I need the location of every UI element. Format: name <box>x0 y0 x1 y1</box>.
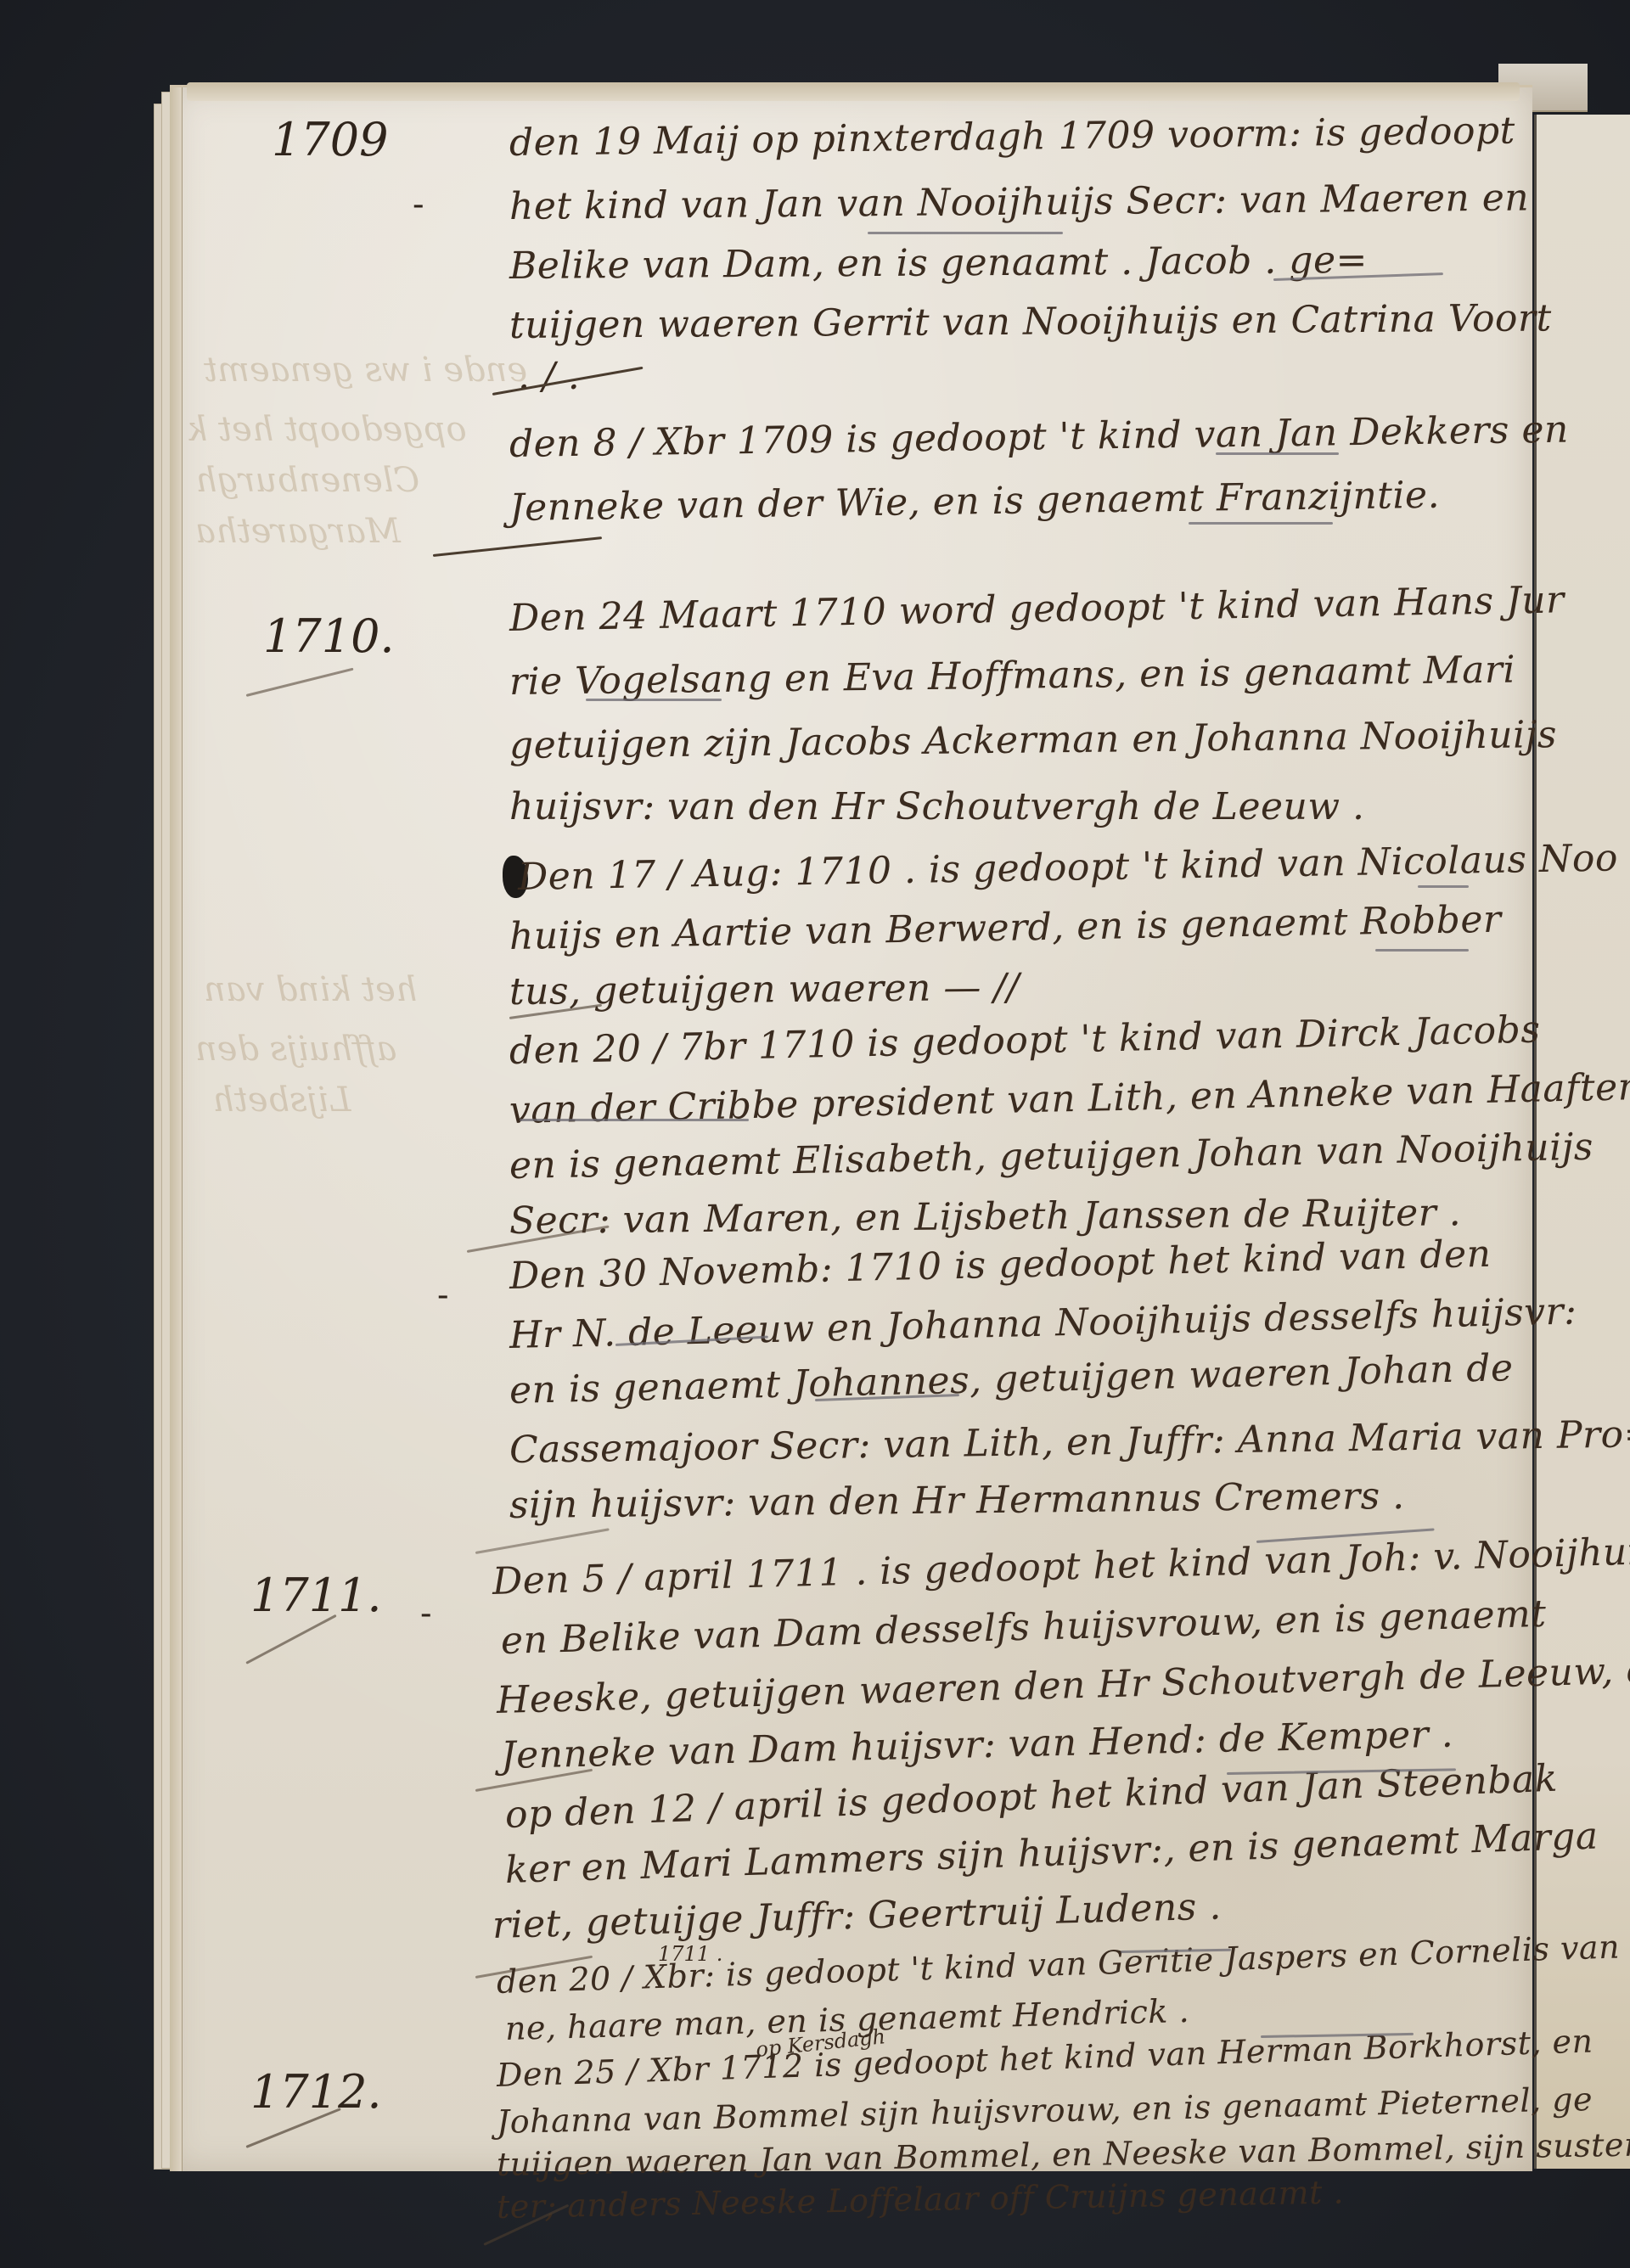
entry-line: en is genaemt Elisabeth, getuijgen Johan… <box>509 1126 1594 1187</box>
margin-year-stroke <box>246 668 354 697</box>
bleed-through-text: affhuijs den <box>195 1030 396 1069</box>
entry-line: huijsvr: van den Hr Schoutvergh de Leeuw… <box>509 785 1365 828</box>
torn-top-edge <box>187 82 1520 101</box>
entry-line: Secr: van Maren, en Lijsbeth Janssen de … <box>509 1191 1462 1243</box>
entry-line: den 19 Maij op pinxterdagh 1709 voorm: i… <box>509 109 1515 165</box>
entry-line: en is genaemt Johannes, getuijgen waeren… <box>509 1346 1514 1412</box>
name-underline <box>586 699 722 701</box>
page-left-edge <box>170 87 183 2171</box>
entry-line: den 8 / Xbr 1709 is gedoopt 't kind van … <box>509 408 1569 466</box>
bleed-through-text: ende i ws genaemt <box>204 351 527 390</box>
entry-line: getuijgen zijn Jacobs Ackerman en Johann… <box>509 713 1557 767</box>
entry-separator <box>433 536 602 557</box>
bleed-through-text: Margaretha <box>195 512 401 551</box>
name-underline <box>520 1119 749 1121</box>
entry-line: Den 24 Maart 1710 word gedoopt 't kind v… <box>509 578 1565 640</box>
entry-line: Belike van Dam, en is genaamt . Jacob . … <box>509 239 1368 288</box>
name-underline <box>1189 522 1333 525</box>
entry-line: en Belike van Dam desselfs huijsvrouw, e… <box>500 1592 1547 1663</box>
margin-dash: - <box>420 1594 432 1633</box>
entry-line: Cassemajoor Secr: van Lith, en Juffr: An… <box>509 1412 1630 1472</box>
name-underline <box>1418 885 1469 888</box>
entry-separator <box>475 1528 610 1554</box>
margin-year: 1712. <box>250 2065 382 2119</box>
name-underline <box>1216 452 1339 455</box>
entry-line: tuijgen waeren Gerrit van Nooijhuijs en … <box>509 296 1552 347</box>
entry-line: het kind van Jan van Nooijhuijs Secr: va… <box>509 177 1530 228</box>
bleed-through-text: opgedoopt het k <box>187 410 467 449</box>
entry-line: Heeske, getuijgen waeren den Hr Schoutve… <box>496 1648 1630 1722</box>
entry-line: sijn huijsvr: van den Hr Hermannus Creme… <box>509 1474 1405 1527</box>
entry-line: riet, getuijge Juffr: Geertruij Ludens . <box>492 1885 1222 1947</box>
name-underline <box>868 232 1063 234</box>
margin-year: 1711. <box>250 1569 382 1622</box>
entry-line: rie Vogelsang en Eva Hoffmans, en is gen… <box>509 648 1516 704</box>
entry-line: huijs en Aartie van Berwerd, en is genae… <box>509 898 1502 958</box>
margin-year: 1709 <box>272 113 388 166</box>
bleed-through-text: Lijsbeth <box>212 1081 351 1120</box>
margin-dash: - <box>413 185 424 224</box>
name-underline <box>1375 949 1469 952</box>
margin-year: 1710. <box>263 609 395 663</box>
entry-line: van der Cribbe president van Lith, en An… <box>509 1065 1630 1132</box>
manuscript-page: ende i ws genaemt opgedoopt het k Clenen… <box>170 85 1532 2171</box>
bleed-through-text: het kind van <box>204 970 418 1009</box>
entry-line: den 20 / 7br 1710 is gedoopt 't kind van… <box>509 1008 1540 1073</box>
entry-line: . / . <box>518 355 580 398</box>
entry-line: Hr N. de Leeuw en Johanna Nooijhuijs des… <box>509 1289 1577 1357</box>
margin-dash: - <box>437 1276 449 1315</box>
bleed-through-text: Clenenburgh <box>195 461 419 500</box>
entry-line: Den 17 / Aug: 1710 . is gedoopt 't kind … <box>518 836 1619 899</box>
entry-line: Den 5 / april 1711 . is gedoopt het kind… <box>492 1530 1630 1603</box>
entry-line: Den 30 Novemb: 1710 is gedoopt het kind … <box>509 1232 1492 1298</box>
